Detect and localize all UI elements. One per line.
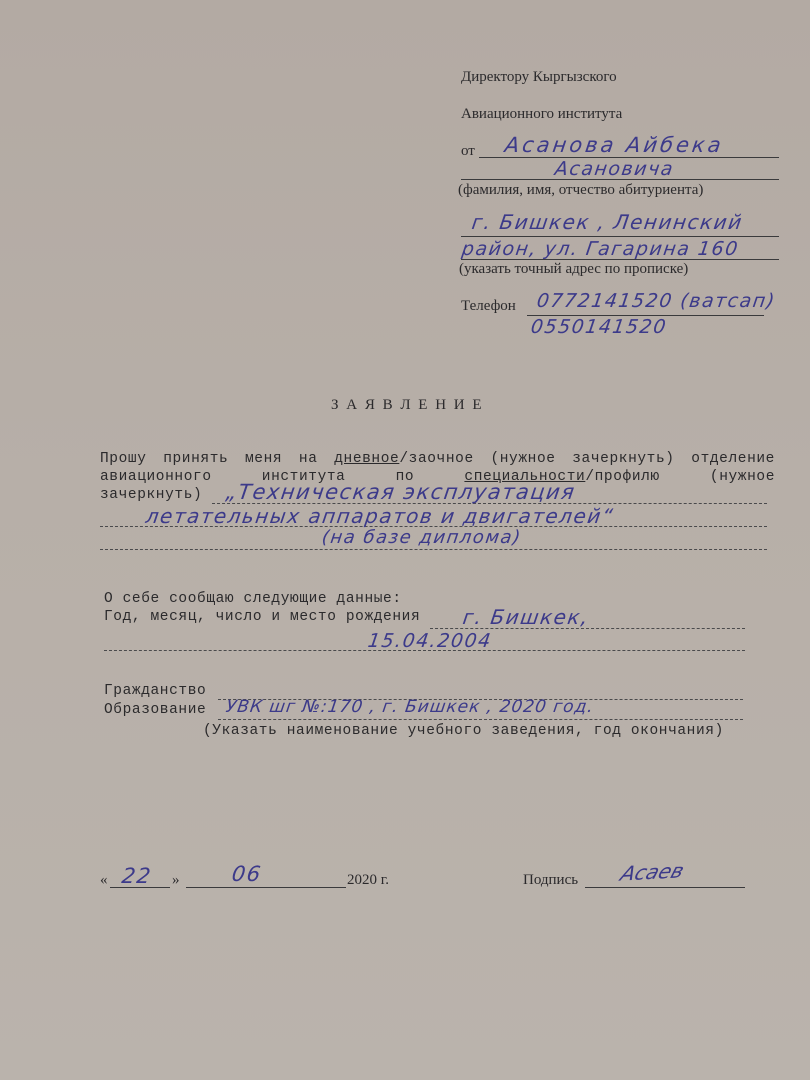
address-field-line2[interactable]: район, ул. Гагарина 160 [460, 238, 740, 260]
month-underline [186, 887, 346, 888]
name-field-line2[interactable]: Асановича [553, 158, 675, 180]
specialty-field-line2[interactable]: летательных аппаратов и двигателей“ [144, 504, 615, 528]
month-field[interactable]: 06 [230, 862, 263, 886]
phone-field-line2[interactable]: 0550141520 [529, 316, 668, 338]
address-field-line1[interactable]: г. Бишкек , Ленинский [470, 210, 744, 234]
date-quote-close: » [172, 872, 180, 889]
phone-field-line1[interactable]: 0772141520 (ватсап) [535, 290, 777, 312]
education-underline [218, 719, 743, 720]
date-quote-open: « [100, 872, 108, 889]
specialty-underline-3 [100, 549, 767, 550]
name-field-line1[interactable]: Асанова Айбека [503, 133, 725, 157]
phone-label: Телефон [461, 298, 516, 315]
birth-field-line2[interactable]: 15.04.2004 [366, 630, 493, 652]
day-field[interactable]: 22 [120, 864, 153, 888]
address-hint: (указать точный адрес по прописке) [459, 261, 688, 278]
signature-underline [585, 887, 745, 888]
document-title: З А Я В Л Е Н И Е [331, 397, 484, 414]
education-field[interactable]: УВК шг №:170 , г. Бишкек , 2020 год. [225, 697, 596, 717]
year-text: 2020 г. [347, 872, 389, 889]
request-line1-text1: Прошу принять меня на [100, 451, 334, 467]
request-line1-text2: /заочное (нужное зачеркнуть) отделение [399, 451, 775, 467]
request-line2-text2: /профилю (нужное [585, 469, 775, 485]
form-option-day[interactable]: дневное [334, 451, 399, 467]
education-label: Образование [104, 702, 206, 718]
citizenship-label: Гражданство [104, 683, 206, 699]
specialty-field-line3[interactable]: (на базе диплома) [321, 527, 524, 548]
addressee-line1: Директору Кыргызского [461, 69, 617, 86]
from-label: от [461, 143, 475, 160]
request-line1: Прошу принять меня на дневное/заочное (н… [100, 451, 775, 467]
address-underline-1 [461, 236, 779, 237]
birth-field-line1[interactable]: г. Бишкек, [461, 605, 590, 629]
name-hint: (фамилия, имя, отчество абитуриента) [458, 182, 703, 199]
education-hint: (Указать наименование учебного заведения… [203, 723, 724, 739]
request-line3-label: зачеркнуть) [100, 487, 202, 503]
signature-field[interactable]: Асаев [618, 858, 688, 885]
addressee-line2: Авиационного института [461, 106, 622, 123]
specialty-field-line1[interactable]: „Техническая эксплуатация [224, 480, 577, 504]
birth-label: Год, месяц, число и место рождения [104, 609, 420, 625]
personal-intro: О себе сообщаю следующие данные: [104, 591, 402, 607]
signature-label: Подпись [523, 872, 578, 889]
